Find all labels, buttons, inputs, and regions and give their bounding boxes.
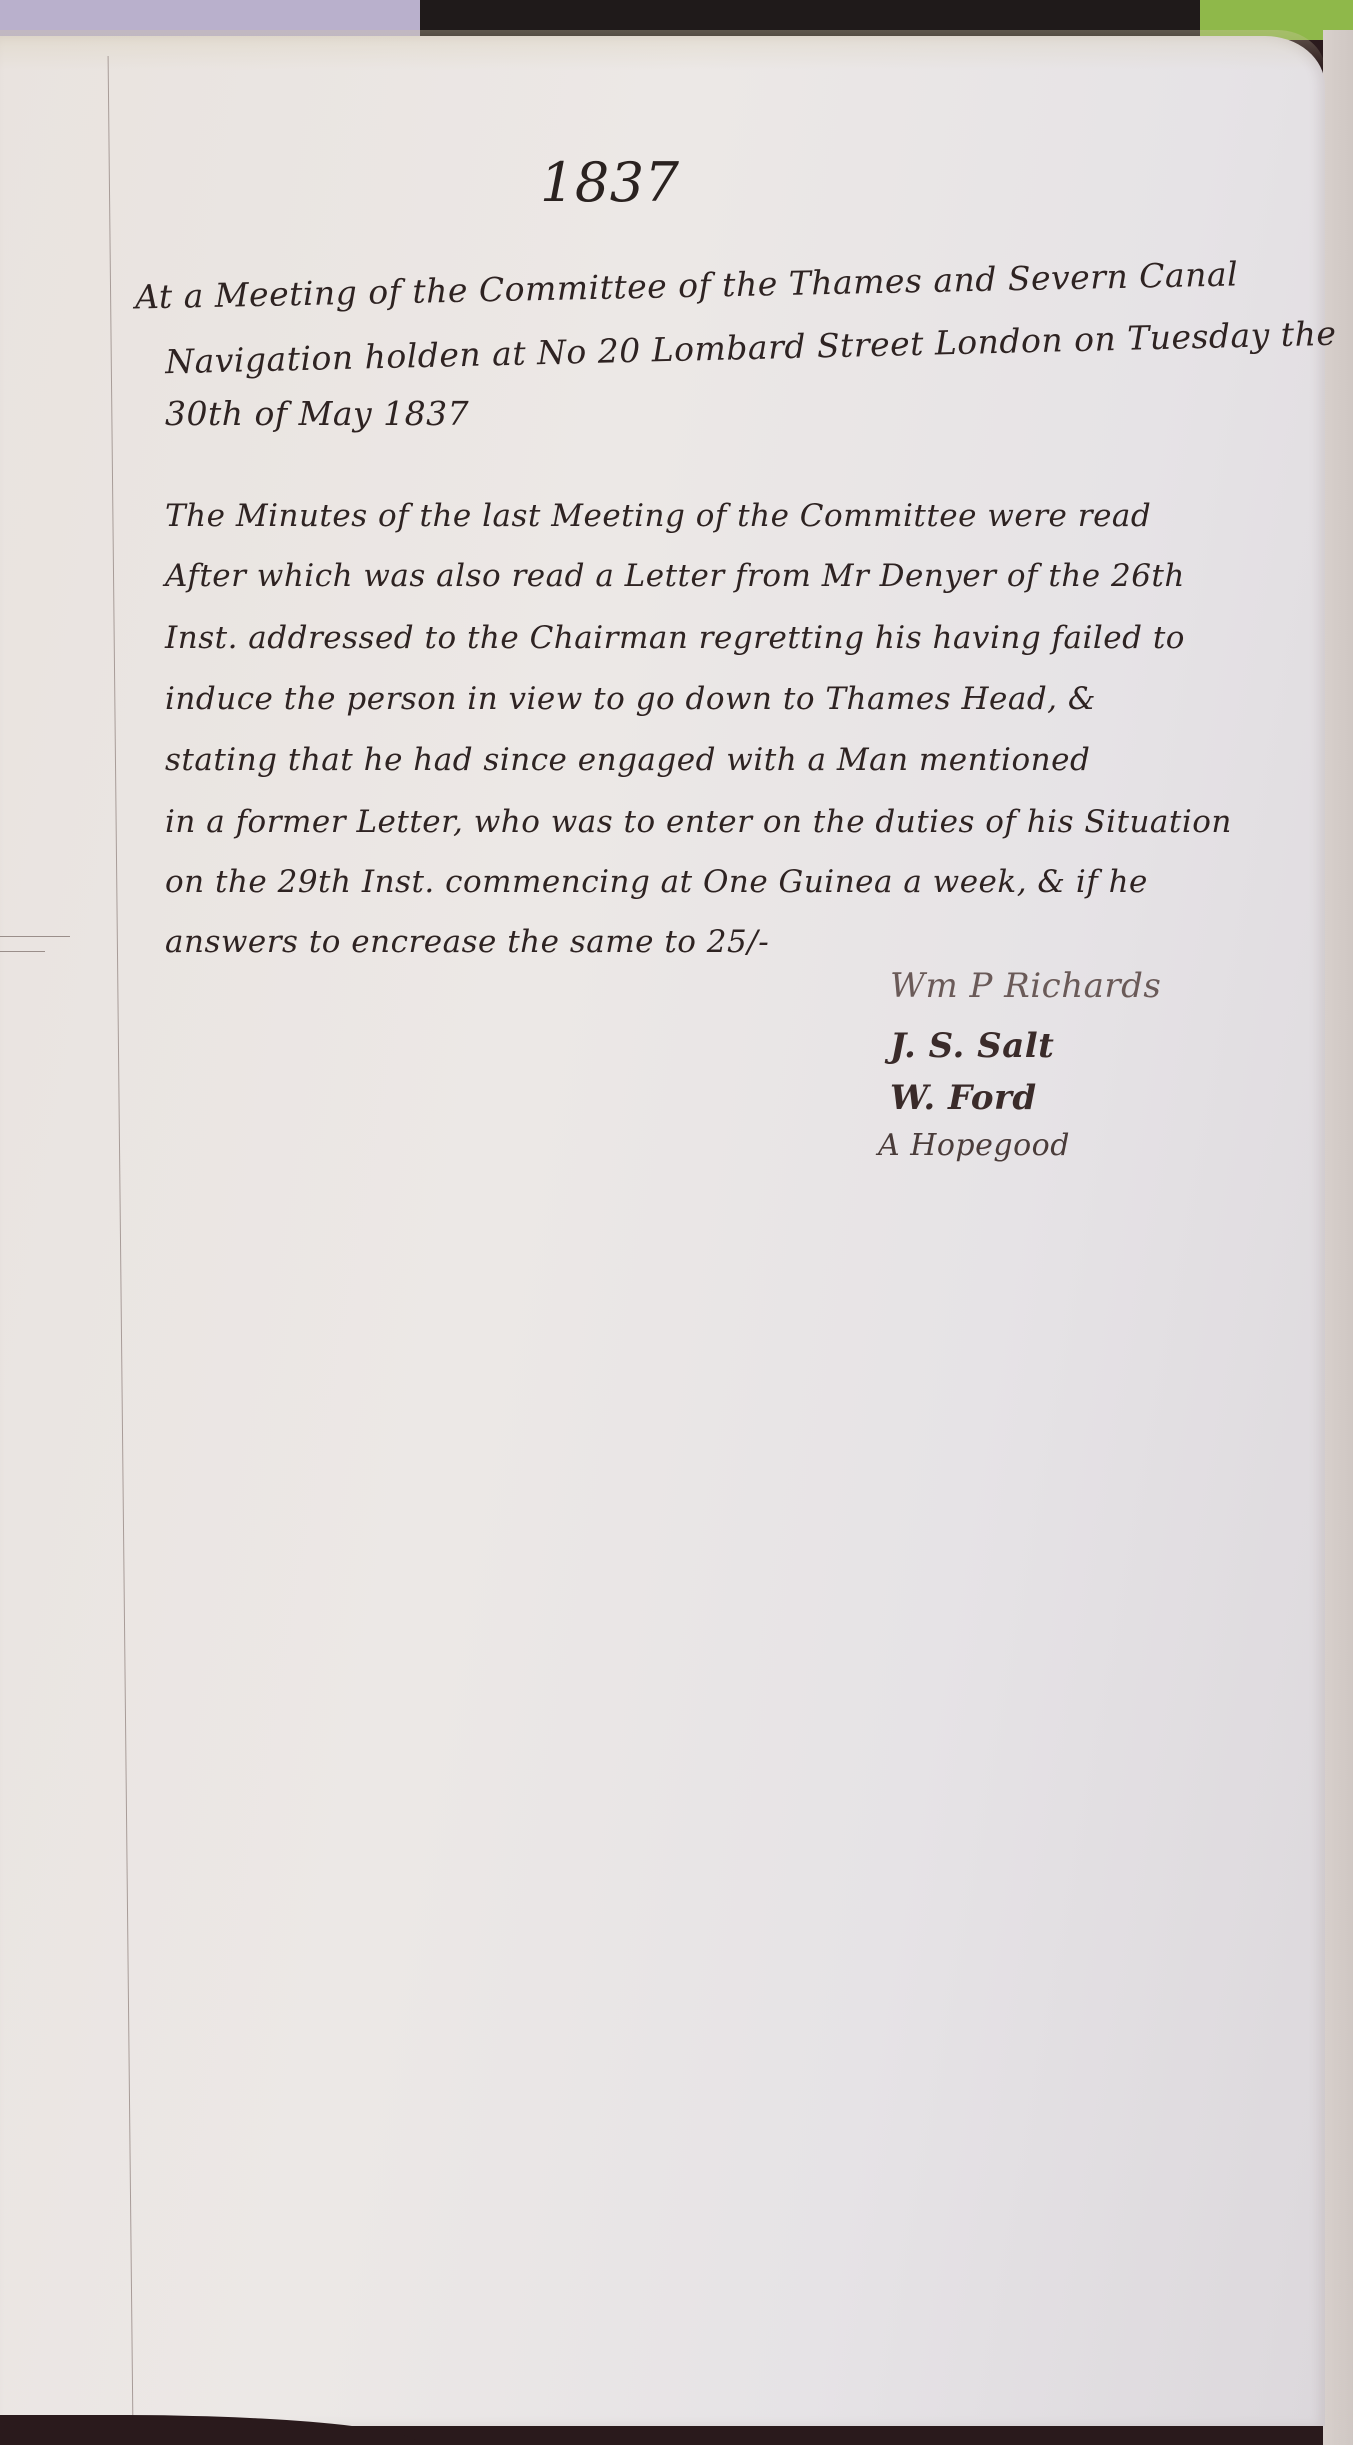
meeting-heading-line-3: 30th of May 1837 [165, 394, 469, 433]
signature-richards: Wm P Richards [890, 966, 1161, 1006]
next-page-edge [1323, 30, 1353, 2445]
minutes-line: induce the person in view to go down to … [165, 681, 1096, 717]
signature-hopegood: A Hopegood [878, 1128, 1070, 1163]
meeting-heading-line-1: At a Meeting of the Committee of the Tha… [135, 254, 1239, 316]
minutes-line: stating that he had since engaged with a… [165, 742, 1090, 778]
year-heading: 1837 [540, 151, 679, 214]
minutes-line: answers to encrease the same to 25/- [165, 924, 769, 960]
margin-rule [108, 56, 134, 2426]
minutes-line: Inst. addressed to the Chairman regretti… [165, 620, 1185, 656]
manuscript-page: 1837 At a Meeting of the Committee of th… [0, 36, 1325, 2426]
minutes-line: The Minutes of the last Meeting of the C… [165, 498, 1151, 534]
signature-salt: J. S. Salt [890, 1026, 1054, 1066]
minutes-line: in a former Letter, who was to enter on … [165, 804, 1232, 840]
signature-ford: W. Ford [890, 1078, 1037, 1118]
left-margin-marks [0, 936, 70, 976]
minutes-line: on the 29th Inst. commencing at One Guin… [165, 864, 1148, 900]
minutes-line: After which was also read a Letter from … [165, 558, 1185, 594]
meeting-heading-line-2: Navigation holden at No 20 Lombard Stree… [165, 314, 1337, 382]
